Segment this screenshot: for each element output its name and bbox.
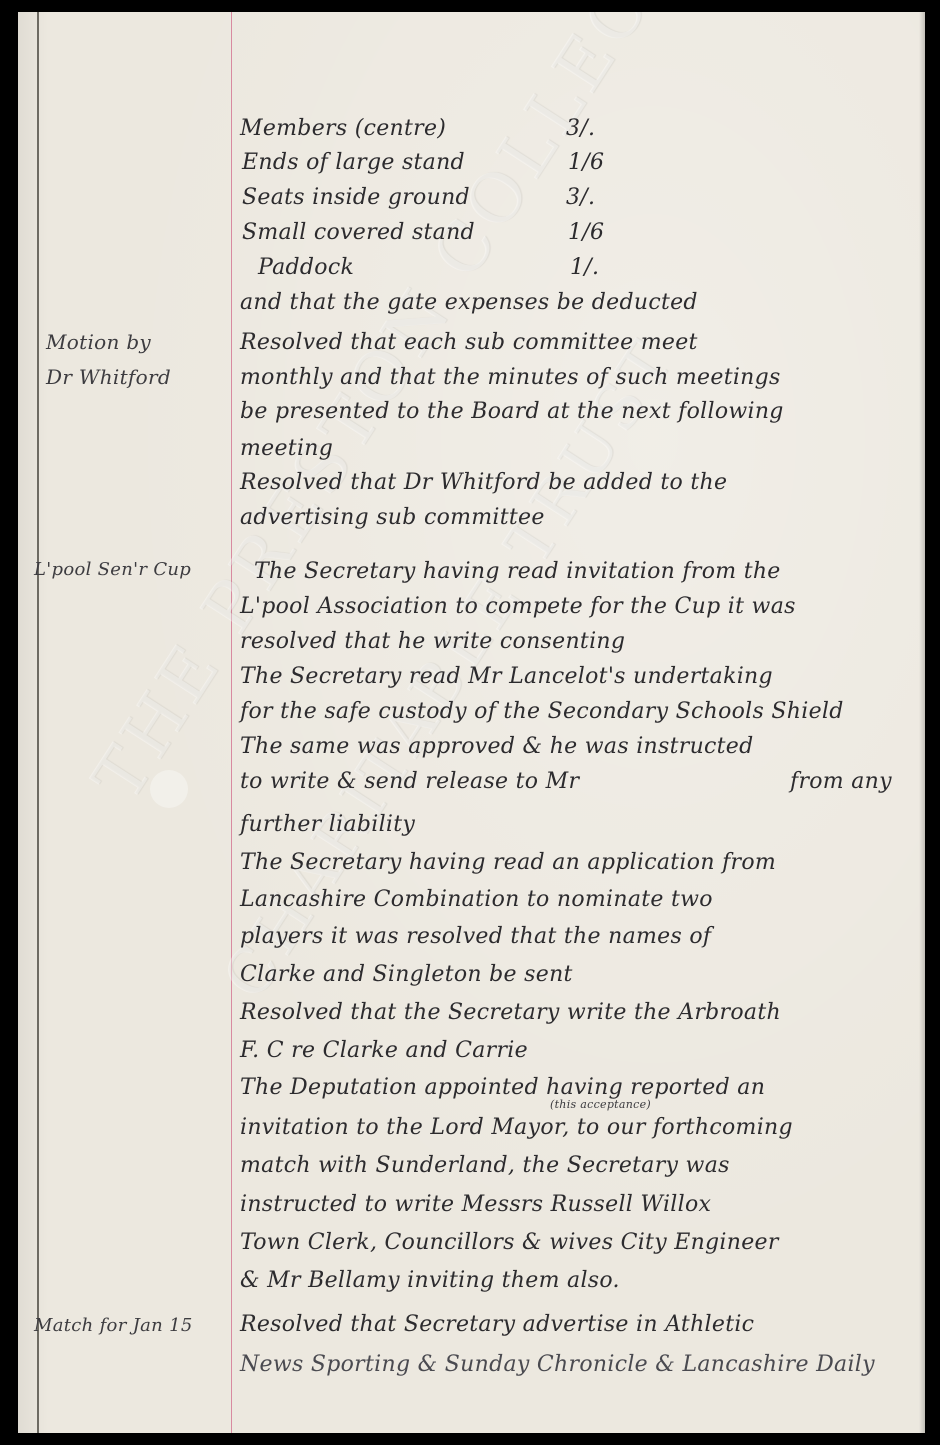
margin-note-motion-by: Dr Whitford bbox=[46, 365, 171, 389]
minute-line: The Secretary read Mr Lancelot's underta… bbox=[240, 664, 773, 689]
interlinear-insert: (this acceptance) bbox=[550, 1098, 651, 1111]
minute-line: instructed to write Messrs Russell Willo… bbox=[240, 1192, 711, 1217]
watermark-dot bbox=[150, 770, 188, 808]
price-item: Ends of large stand bbox=[242, 150, 465, 175]
minute-line-tail: from any bbox=[790, 769, 892, 794]
minute-line: match with Sunderland, the Secretary was bbox=[240, 1153, 730, 1178]
price-value: 1/6 bbox=[568, 150, 604, 175]
minute-line: Resolved that Secretary advertise in Ath… bbox=[240, 1312, 754, 1337]
red-margin-line bbox=[231, 12, 232, 1433]
price-value: 1/6 bbox=[568, 220, 604, 245]
price-value: 3/. bbox=[566, 116, 595, 141]
minute-line: meeting bbox=[240, 436, 333, 461]
minute-line: Lancashire Combination to nominate two bbox=[240, 887, 713, 912]
minute-line: The same was approved & he was instructe… bbox=[240, 734, 754, 759]
ledger-page: THE PRESTON COLLECTION CHARITABLE TRUST … bbox=[18, 12, 925, 1433]
minute-line: to write & send release to Mr bbox=[240, 769, 579, 794]
minute-line: be presented to the Board at the next fo… bbox=[240, 399, 784, 424]
minute-line: invitation to the Lord Mayor, to our for… bbox=[240, 1115, 793, 1140]
minute-line: players it was resolved that the names o… bbox=[240, 924, 711, 949]
minute-line: The Secretary having read invitation fro… bbox=[254, 559, 781, 584]
minute-line: and that the gate expenses be deducted bbox=[240, 290, 698, 315]
minute-line: monthly and that the minutes of such mee… bbox=[240, 365, 781, 390]
minute-line: for the safe custody of the Secondary Sc… bbox=[240, 699, 844, 724]
minute-line: & Mr Bellamy inviting them also. bbox=[240, 1268, 620, 1293]
minute-line: advertising sub committee bbox=[240, 505, 545, 530]
minute-line: resolved that he write consenting bbox=[240, 629, 625, 654]
minute-line: Resolved that the Secretary write the Ar… bbox=[240, 1000, 781, 1025]
minute-line: Clarke and Singleton be sent bbox=[240, 962, 573, 987]
price-item: Small covered stand bbox=[242, 220, 475, 245]
minute-line: The Deputation appointed having reported… bbox=[240, 1075, 765, 1100]
minute-line: Town Clerk, Councillors & wives City Eng… bbox=[240, 1230, 779, 1255]
minute-line: The Secretary having read an application… bbox=[240, 850, 776, 875]
price-value: 3/. bbox=[566, 185, 595, 210]
minute-line: Resolved that each sub committee meet bbox=[240, 330, 698, 355]
minute-line: News Sporting & Sunday Chronicle & Lanca… bbox=[240, 1352, 875, 1377]
margin-note-cup: L'pool Sen'r Cup bbox=[34, 559, 191, 580]
price-item: Paddock bbox=[258, 255, 354, 280]
margin-note-motion: Motion by bbox=[46, 330, 151, 354]
price-item: Seats inside ground bbox=[242, 185, 470, 210]
minute-line: L'pool Association to compete for the Cu… bbox=[240, 594, 796, 619]
binding-line bbox=[37, 12, 39, 1433]
price-value: 1/. bbox=[570, 255, 599, 280]
price-item: Members (centre) bbox=[240, 116, 446, 141]
minute-line: F. C re Clarke and Carrie bbox=[240, 1038, 528, 1063]
minute-line: Resolved that Dr Whitford be added to th… bbox=[240, 470, 727, 495]
margin-note-match: Match for Jan 15 bbox=[34, 1315, 193, 1336]
minute-line: further liability bbox=[240, 812, 415, 837]
